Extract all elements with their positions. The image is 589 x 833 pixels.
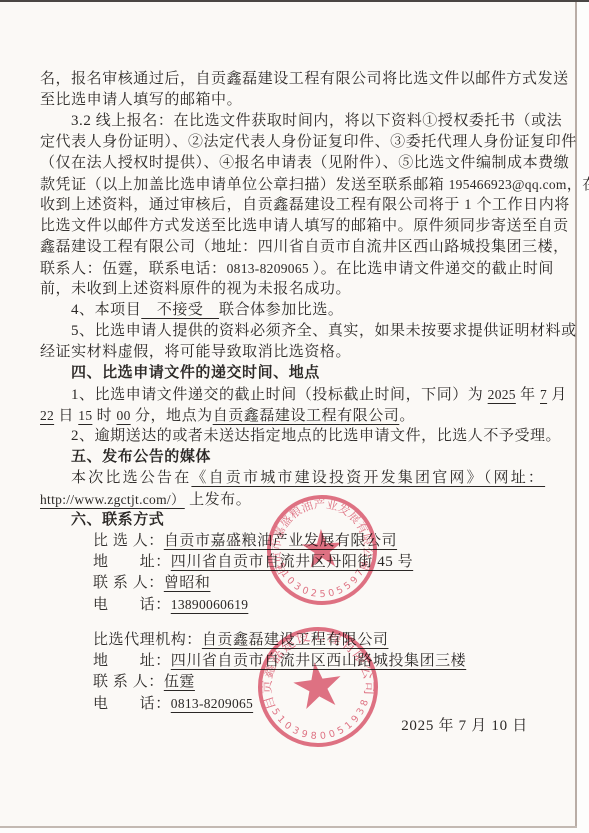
text-segment: 电 话： [93, 696, 171, 712]
doc-line: 2、逾期送达的或者未送达指定地点的比选申请文件，比选人不予受理。 [40, 426, 554, 447]
svg-text:5103025055978: 5103025055978 [274, 557, 373, 603]
buyer-seal: 自贡市嘉盛粮油产业发展有限公司5103025055978 [258, 486, 386, 614]
text-segment: 1、比选申请文件递交的截止时间（投标截止时间，下同）为 [71, 387, 488, 403]
text-segment: 鑫磊建设工程有限公司（地址：四川省自贡市自流井区西山路城投集团三楼， [40, 239, 569, 255]
text-segment: ，在 [567, 177, 589, 193]
text-segment: 时 [92, 408, 116, 424]
text-segment: 前，未收到上述资料原件的视为未报名成功。 [40, 281, 351, 297]
text-segment: 名，报名审核通过后，自贡鑫磊建设工程有限公司将比选文件以邮件方式发送 [40, 71, 569, 87]
text-segment: 4、本项目 [71, 302, 141, 318]
text-segment: 15 [78, 408, 92, 423]
text-segment: 《自贡市城市建设投资开发集团官网》（网址： [191, 470, 545, 486]
doc-line: 五、发布公告的媒体 [40, 447, 554, 468]
scan-edge-bottom [0, 826, 577, 828]
scan-edge-right [575, 2, 577, 827]
text-segment: 收到上述资料，通过审核后，自贡鑫磊建设工程有限公司将于 1 个工作日内将 [40, 197, 570, 213]
text-segment: 本次比选公告在 [71, 470, 191, 486]
text-segment: （仅在法人授权时提供）、④报名申请表（见附件）、⑤比选文件编制成本费缴 [40, 155, 569, 171]
text-segment: 22 [40, 408, 54, 423]
text-segment: 0813-8209065 [227, 261, 313, 276]
doc-line: 3.2 线上报名：在比选文件获取时间内，将以下资料①授权委托书（或法 [40, 111, 554, 132]
text-segment: 六、联系方式 [71, 512, 164, 528]
doc-line: 4、本项目 不接受 联合体参加比选。 [40, 300, 554, 321]
doc-line: 定代表人身份证明）、②法定代表人身份证复印件、③委托代理人身份证复印件 [40, 132, 554, 153]
text-segment: 3.2 线上报名：在比选文件获取时间内，将以下资料①授权委托书（或法 [71, 113, 562, 129]
text-segment: 年 [516, 387, 540, 403]
doc-line: （仅在法人授权时提供）、④报名申请表（见附件）、⑤比选文件编制成本费缴 [40, 153, 554, 174]
text-segment: 经证实材料虚假，将可能导致取消比选资格。 [40, 344, 351, 360]
scanned-document-page: 名，报名审核通过后，自贡鑫磊建设工程有限公司将比选文件以邮件方式发送至比选申请人… [0, 0, 589, 833]
text-segment: 分，地点为 [131, 408, 213, 424]
doc-line: 比选文件以邮件方式发送至比选申请人填写的邮箱中。原件须同步寄送至自贡 [40, 216, 554, 237]
text-segment: 联合体参加比选。 [219, 302, 343, 318]
text-segment: 至比选申请人填写的邮箱中。 [40, 92, 242, 108]
star-icon [291, 659, 344, 710]
text-segment: 5、比选申请人提供的资料必须齐全、真实，如果未按要求提供证明材料或 [71, 323, 577, 339]
star-icon [301, 528, 343, 568]
text-segment: 联 系 人： [93, 674, 164, 690]
text-segment: 四、比选申请文件的递交时间、地点 [71, 365, 320, 381]
text-segment: 地 址： [93, 653, 171, 669]
doc-line: 22 日 15 时 00 分，地点为自贡鑫磊建设工程有限公司。 [40, 405, 554, 426]
text-segment: 款凭证（以上加盖比选申请单位公章扫描）发送至联系邮箱 [40, 177, 449, 193]
text-segment: 日 [54, 408, 78, 424]
text-segment: 13890060619 [171, 597, 249, 612]
text-segment: 五、发布公告的媒体 [71, 449, 211, 465]
text-segment: 。 [399, 408, 415, 424]
doc-line: 鑫磊建设工程有限公司（地址：四川省自贡市自流井区西山路城投集团三楼， [40, 237, 554, 258]
document-body: 名，报名审核通过后，自贡鑫磊建设工程有限公司将比选文件以邮件方式发送至比选申请人… [40, 69, 554, 714]
doc-line: 收到上述资料，通过审核后，自贡鑫磊建设工程有限公司将于 1 个工作日内将 [40, 195, 554, 216]
doc-line: 款凭证（以上加盖比选申请单位公章扫描）发送至联系邮箱 195466923@qq.… [40, 174, 554, 195]
text-segment: 00 [117, 408, 131, 423]
text-segment: 0813-8209065 [171, 696, 253, 711]
doc-line: 至比选申请人填写的邮箱中。 [40, 90, 554, 111]
doc-line: 联系人：伍霆，联系电话：0813-8209065 ）。在比选申请文件递交的截止时… [40, 258, 554, 279]
agency-seal: 自贡鑫磊建设工程有限公司5103980051938 [243, 612, 392, 761]
text-segment: 自贡鑫磊建设工程有限公司 [213, 408, 400, 424]
doc-line: 前，未收到上述资料原件的视为未报名成功。 [40, 279, 554, 300]
text-segment: 不接受 [141, 302, 219, 318]
text-segment: 联 系 人： [93, 575, 164, 591]
doc-line: 名，报名审核通过后，自贡鑫磊建设工程有限公司将比选文件以邮件方式发送 [40, 69, 554, 90]
text-segment: 2、逾期送达的或者未送达指定地点的比选申请文件，比选人不予受理。 [71, 428, 561, 444]
text-segment: 195466923@qq.com [449, 177, 567, 192]
text-segment: 2025 [488, 387, 516, 402]
text-segment: 上发布。 [185, 492, 252, 508]
text-segment: 联系人：伍霆，联系电话： [40, 261, 227, 277]
text-segment: http://www.zgctjt.com/） [40, 492, 185, 507]
text-segment: 地 址： [93, 554, 171, 570]
doc-line: 经证实材料虚假，将可能导致取消比选资格。 [40, 342, 554, 363]
svg-text:5103980051938: 5103980051938 [268, 693, 377, 748]
doc-line: 1、比选申请文件递交的截止时间（投标截止时间，下同）为 2025 年 7 月 [40, 384, 554, 405]
text-segment: 比选文件以邮件方式发送至比选申请人填写的邮箱中。原件须同步寄送至自贡 [40, 218, 569, 234]
text-segment: 比选代理机构： [93, 632, 202, 648]
doc-line: 四、比选申请文件的递交时间、地点 [40, 363, 554, 384]
text-segment: 电 话： [93, 597, 171, 613]
text-segment: 月 [547, 387, 567, 403]
text-segment: 伍霆 [164, 674, 195, 690]
doc-line: 5、比选申请人提供的资料必须齐全、真实，如果未按要求提供证明材料或 [40, 321, 554, 342]
text-segment: 定代表人身份证明）、②法定代表人身份证复印件、③委托代理人身份证复印件 [40, 134, 577, 150]
doc-line: 本次比选公告在《自贡市城市建设投资开发集团官网》（网址： [40, 468, 554, 489]
text-segment: 比 选 人： [93, 533, 164, 549]
text-segment: ）。在比选申请文件递交的截止时间 [313, 261, 554, 277]
text-segment: 曾昭和 [164, 575, 211, 591]
scan-edge-top [0, 0, 589, 2]
